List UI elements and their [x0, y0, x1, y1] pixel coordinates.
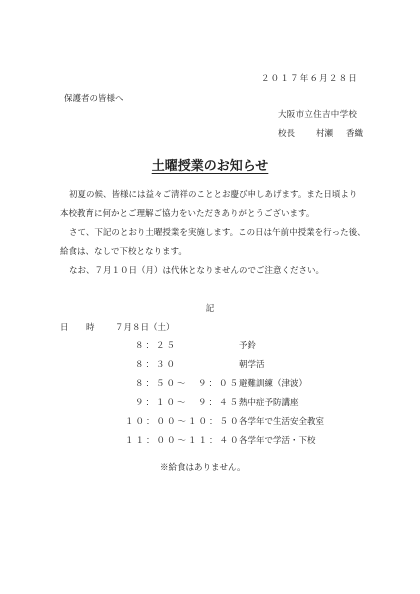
document-title-text: 土曜授業のお知らせ	[152, 159, 269, 174]
schedule-row: ８：２５ 予鈴	[125, 337, 239, 356]
recipient-line: 保護者の皆様へ	[64, 92, 124, 104]
schedule-time: ８：５０～ ９：０５	[125, 375, 239, 394]
schedule-time: ８：３０	[125, 356, 239, 375]
ki-heading: 記	[0, 302, 420, 314]
schedule-time: ８：２５	[125, 337, 239, 356]
paragraph-line: 本校教育に何かとご理解ご協力をいただきありがとうございます。	[60, 205, 380, 224]
paragraph-line: 給食は、なしで下校となります。	[60, 243, 380, 262]
lunch-footnote: ※給食はありません。	[160, 461, 246, 473]
schedule-row: ８：５０～ ９：０５ 避難訓練（津波）	[125, 375, 239, 394]
date-label: 日時	[60, 321, 95, 333]
paragraph-note: なお、７月１０日（月）は代休となりませんのでご注意ください。	[60, 262, 380, 281]
document-date: ２０１７年６月２８日	[261, 72, 358, 84]
schedule-desc: 避難訓練（津波）	[239, 375, 307, 394]
date-label-char: 日	[60, 321, 86, 333]
schedule-row: ８：３０ 朝学活	[125, 356, 239, 375]
sender-principal: 校長村瀬香織	[278, 127, 363, 139]
schedule-time: ９：１０～ ９：４５	[125, 394, 239, 413]
schedule-desc: 各学年で学活・下校	[239, 432, 316, 451]
schedule-desc: 予鈴	[239, 337, 256, 356]
schedule-time: １１：００～１１：４０	[125, 432, 239, 451]
document-title: 土曜授業のお知らせ	[0, 155, 420, 174]
paragraph-greeting: 初夏の候、皆様には益々ご清祥のこととお慶び申しあげます。また日頃より 本校教育に…	[60, 186, 380, 224]
schedule-time: １０：００～１０：５０	[125, 413, 239, 432]
schedule-row: ９：１０～ ９：４５ 熱中症予防講座	[125, 394, 239, 413]
sender-name-given: 香織	[346, 127, 363, 139]
schedule-row: １１：００～１１：４０ 各学年で学活・下校	[125, 432, 239, 451]
sender-name-family: 村瀬	[316, 127, 346, 139]
schedule-desc: 各学年で生活安全教室	[239, 413, 324, 432]
sender-school: 大阪市立住吉中学校	[278, 108, 357, 120]
sender-role: 校長	[278, 127, 316, 139]
schedule-desc: 朝学活	[239, 356, 265, 375]
date-label-char: 時	[86, 321, 95, 333]
paragraph-line: 初夏の候、皆様には益々ご清祥のこととお慶び申しあげます。また日頃より	[60, 186, 380, 205]
schedule-row: １０：００～１０：５０ 各学年で生活安全教室	[125, 413, 239, 432]
paragraph-line: さて、下記のとおり土曜授業を実施します。この日は午前中授業を行った後、	[60, 224, 380, 243]
paragraph-line: なお、７月１０日（月）は代休となりませんのでご注意ください。	[60, 262, 380, 281]
schedule-desc: 熱中症予防講座	[239, 394, 299, 413]
paragraph-announcement: さて、下記のとおり土曜授業を実施します。この日は午前中授業を行った後、 給食は、…	[60, 224, 380, 262]
date-value: ７月８日（土）	[115, 321, 175, 333]
